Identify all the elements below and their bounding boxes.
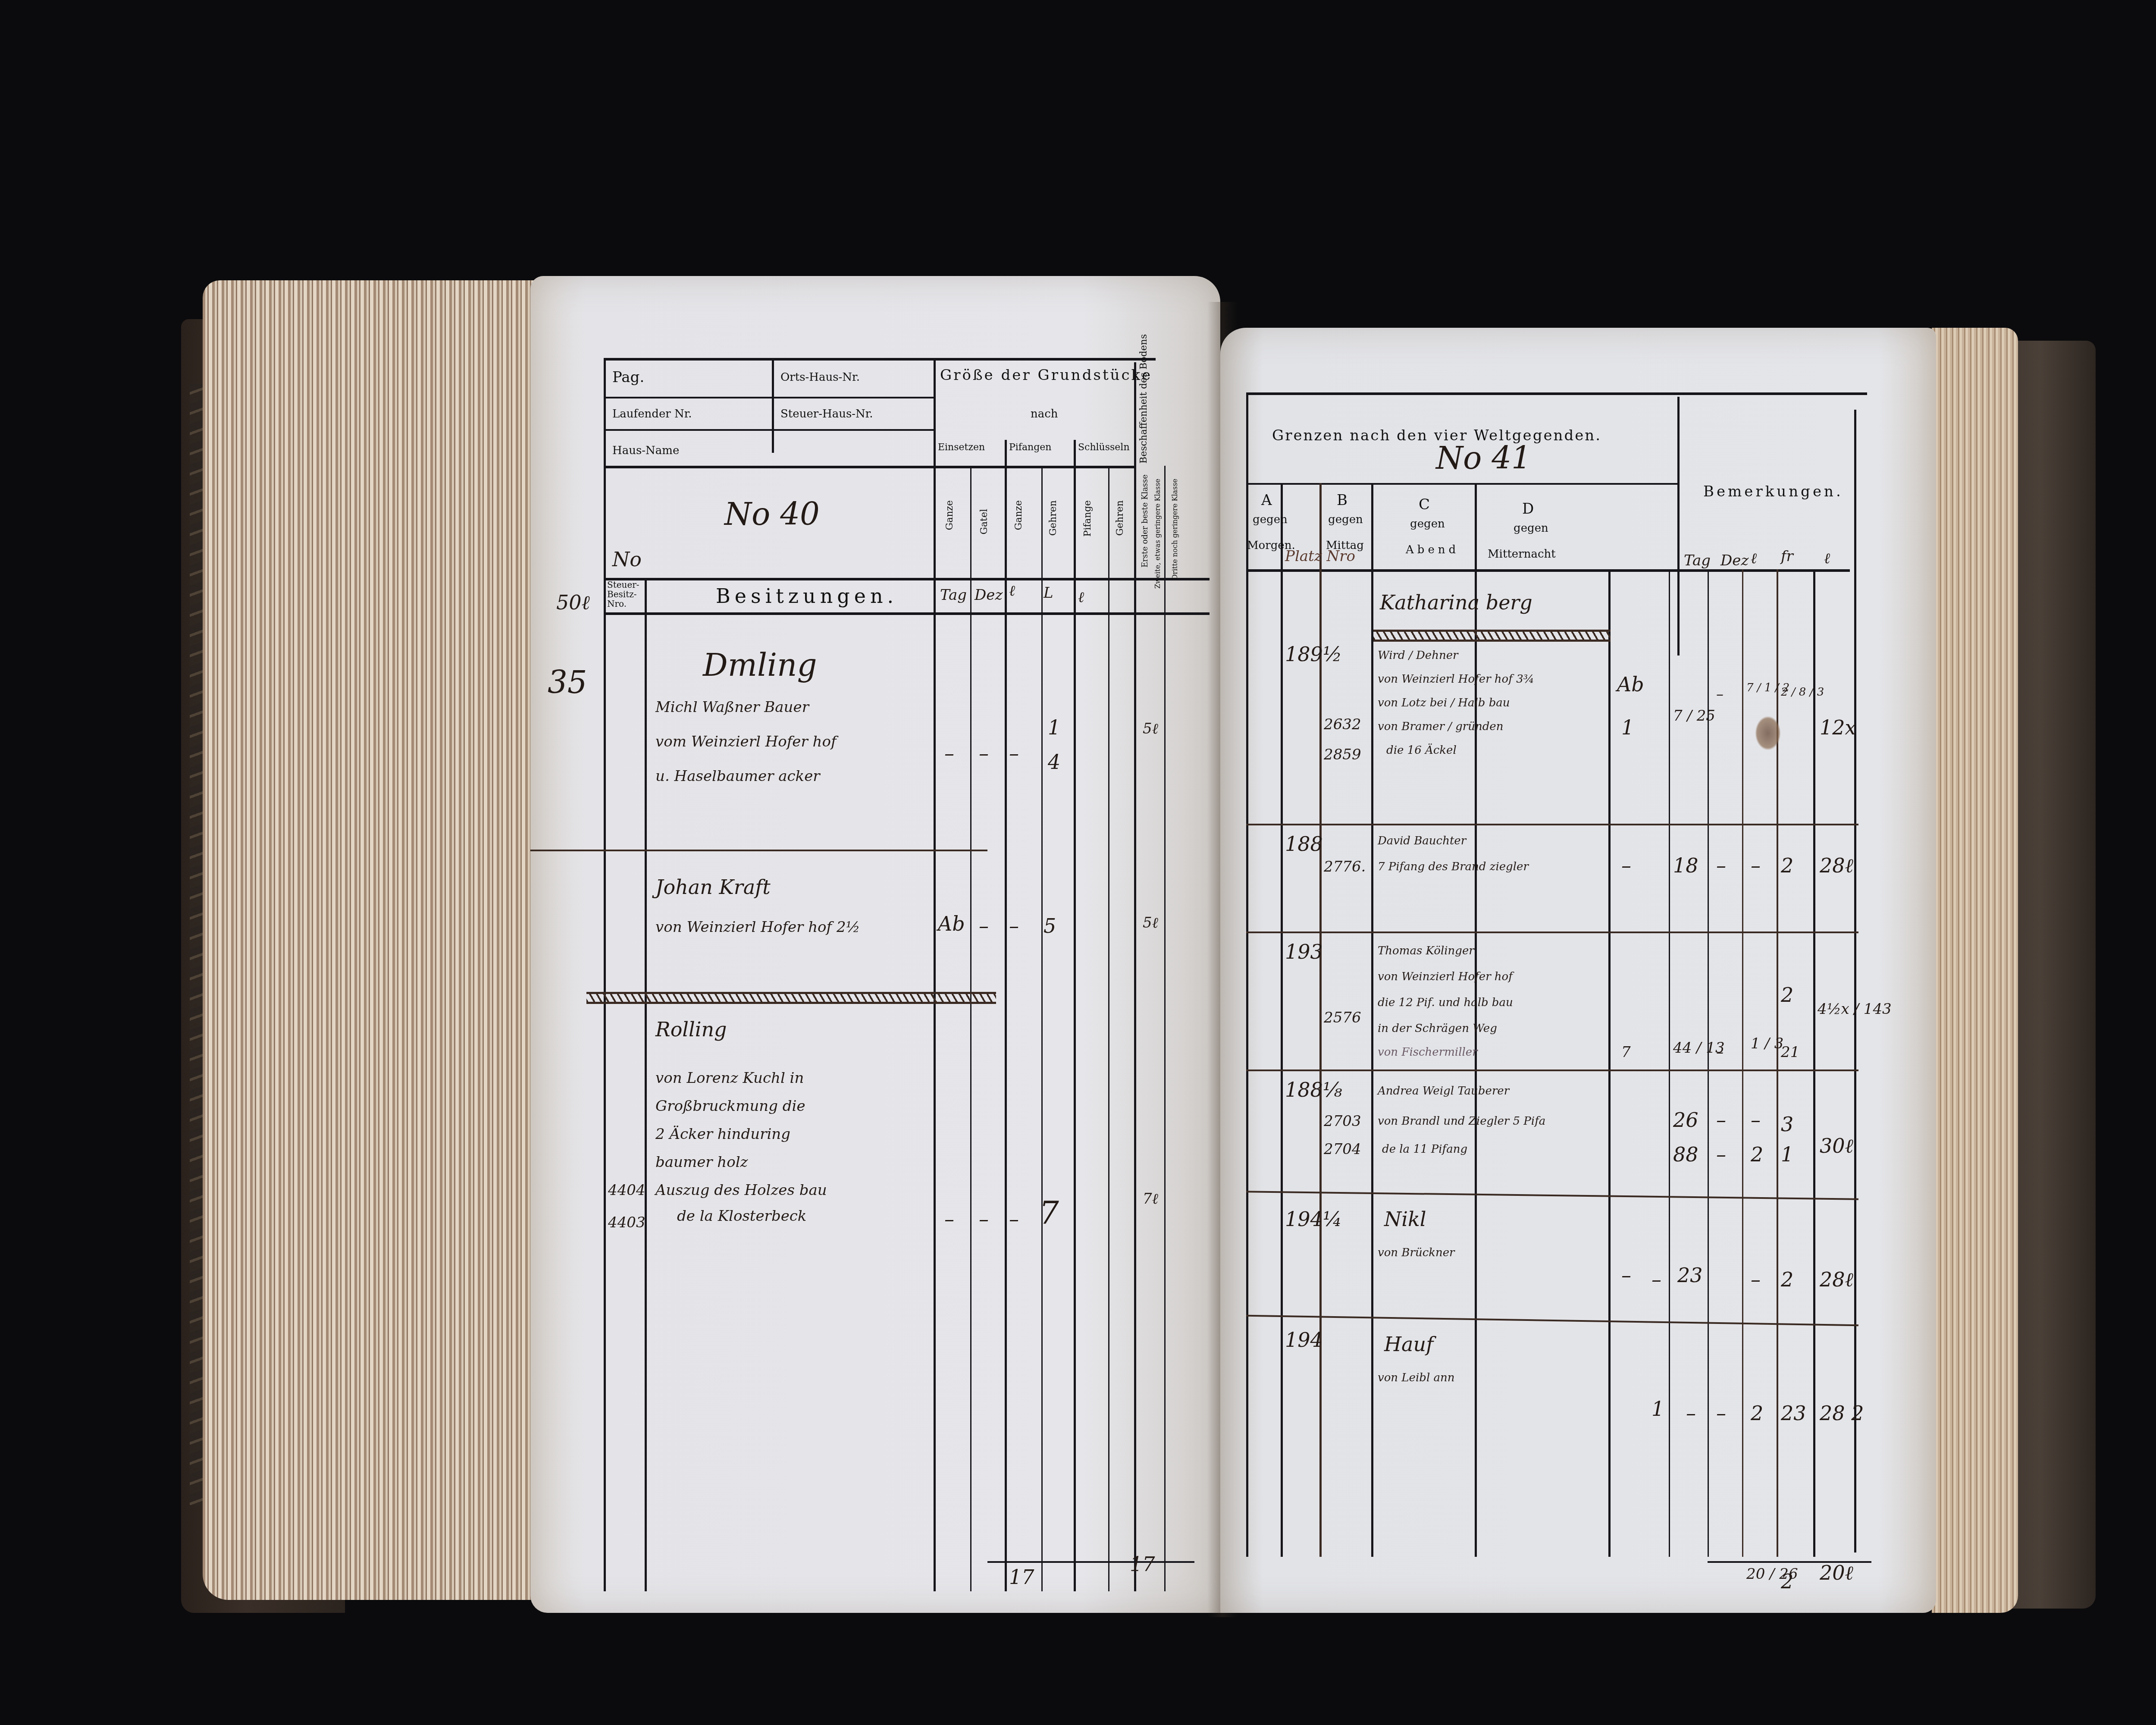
right-page: Grenzen nach den vier Weltgegenden. No 4…	[1220, 328, 1936, 1613]
boden-left-rule	[1134, 362, 1136, 1591]
col-rule	[1742, 569, 1743, 1557]
sub-col-gehren-2: Gehren	[1115, 500, 1125, 536]
entry-line: de la Klosterbeck	[677, 1207, 806, 1225]
col-rule	[1281, 483, 1283, 1557]
boden-value: 5ℓ	[1143, 914, 1158, 931]
entry-value: –	[1651, 1268, 1661, 1291]
col-dir: gegen	[1328, 513, 1363, 526]
entry-line: Thomas Kölinger	[1378, 944, 1474, 957]
boden-col-rule	[1164, 466, 1166, 1591]
entry-line: von Bramer / gründen	[1378, 720, 1503, 733]
entry-value: 3	[1781, 1113, 1793, 1136]
entry-line: von Leibl ann	[1378, 1371, 1455, 1384]
nach-label: nach	[1031, 408, 1058, 420]
entry-value: 7 / 25	[1673, 707, 1715, 724]
parcel-number: 2632	[1324, 716, 1361, 733]
entry-value: –	[1716, 1402, 1726, 1425]
house-number-41: No 41	[1436, 440, 1531, 476]
col-dir: gegen	[1514, 522, 1548, 535]
frame-left-rule	[604, 358, 606, 1591]
parcel-number: 2576	[1324, 1009, 1361, 1026]
entry-value: 1	[1781, 1143, 1793, 1166]
col-name: Mitternacht	[1488, 548, 1556, 561]
entry-line: von Weinzierl Hofer hof 2½	[655, 919, 860, 936]
house-number-40: No 40	[724, 496, 820, 532]
entry-line: die 16 Äckel	[1386, 744, 1457, 757]
mittag-overwrite: Platz Nro	[1285, 548, 1355, 565]
entry-header-name: Katharina berg	[1380, 591, 1532, 614]
entry-title: Dmling	[703, 647, 817, 683]
entry-value: 2	[1781, 1268, 1793, 1291]
schluesseln-label: Schlüsseln	[1078, 442, 1130, 453]
header-divider	[772, 358, 774, 453]
entry-line: David Bauchter	[1378, 834, 1466, 847]
entry-separator	[1246, 1191, 1858, 1200]
col-letter: C	[1419, 496, 1430, 513]
sub-col-rule	[1108, 466, 1109, 1591]
entry-line: von Lotz bei / Halb bau	[1378, 696, 1510, 709]
entry-line: Auszug des Holzes bau	[655, 1182, 827, 1199]
entry-line: Michl Waßner Bauer	[655, 699, 809, 716]
entry-value: 2	[1781, 854, 1793, 877]
entry-value: 5	[1044, 914, 1056, 938]
unit-tag: Tag	[1684, 552, 1711, 569]
total-value: 17	[1130, 1552, 1155, 1576]
total-value: 2	[1781, 1570, 1793, 1593]
entry-value: –	[1009, 742, 1019, 765]
hatched-separator	[1373, 630, 1611, 642]
entry-line: von Brückner	[1378, 1246, 1455, 1259]
entry-line: Wird / Dehner	[1378, 649, 1458, 662]
entry-value: 1	[1651, 1397, 1664, 1421]
entry-value: –	[1751, 1268, 1761, 1291]
haus-name-label: Haus-Name	[612, 444, 679, 457]
sub-col-rule	[1074, 440, 1076, 1591]
beschaffenheit-title: Beschaffenheit des Bodens	[1138, 369, 1149, 464]
sub-col-pifange: Pifange	[1082, 500, 1093, 536]
frame-right-rule	[1854, 410, 1856, 1552]
entry-line: Andrea Weigl Tauberer	[1378, 1085, 1509, 1098]
unit-dez: Dez	[975, 586, 1003, 604]
entry-value: –	[944, 742, 954, 765]
sub-col-rule	[970, 466, 971, 1591]
col-dir: gegen	[1410, 517, 1445, 530]
parcel-number: 2704	[1324, 1141, 1361, 1158]
col-letter: A	[1261, 492, 1272, 509]
left-page: Pag. Orts-Haus-Nr. Laufender Nr. Steuer-…	[530, 276, 1220, 1613]
pag-label: Pag.	[612, 369, 644, 386]
remark: 28ℓ	[1820, 1268, 1853, 1291]
entry-line: in der Schrägen Weg	[1378, 1022, 1497, 1035]
steuer-nro-rule	[645, 578, 647, 1591]
col-rule	[1669, 569, 1670, 1557]
sub-col-ganze: Ganze	[944, 500, 955, 530]
columns-bottom-rule	[1246, 569, 1850, 572]
row-number: 188⅟₈	[1285, 1078, 1342, 1101]
bemerkungen-label: Bemerkungen.	[1703, 483, 1843, 500]
entry-line: de la 11 Pifang	[1382, 1143, 1467, 1156]
margin-row-number: 35	[548, 664, 587, 700]
entry-value: –	[979, 1207, 989, 1231]
entry-line: von Brandl und Ziegler 5 Pifa	[1378, 1115, 1545, 1128]
col-rule	[1813, 569, 1815, 1557]
entry-value: –	[944, 1207, 954, 1231]
entry-value: Ab	[1617, 673, 1644, 696]
header-row-rule	[606, 429, 934, 431]
boden-class-1: Erste oder beste Klasse	[1141, 474, 1150, 568]
unit-mark: ℓ	[1751, 550, 1757, 567]
margin-top-note: 50ℓ	[556, 591, 590, 614]
entry-line: von Weinzierl Hofer hof	[1378, 970, 1513, 983]
besitzungen-bottom-rule	[606, 612, 1210, 615]
boden-value: 5ℓ	[1143, 720, 1158, 737]
entry-value: 2	[1751, 1143, 1763, 1166]
entry-value: 1	[1621, 716, 1634, 739]
col-rule-c	[1371, 483, 1373, 1557]
unit-tag: Tag	[940, 586, 967, 604]
col-name: Abend	[1406, 543, 1459, 556]
header-row-rule	[606, 397, 934, 398]
col-rule-d	[1475, 483, 1477, 1557]
besitzungen-label: Besitzungen.	[716, 584, 898, 608]
entry-title: Johan Kraft	[655, 875, 771, 899]
hatched-separator	[586, 992, 996, 1004]
grenzen-rule	[1246, 483, 1677, 485]
col-letter: B	[1337, 492, 1347, 509]
parcel-number: 4404	[608, 1182, 646, 1199]
ink-stain	[1755, 716, 1781, 750]
row-number: 194	[1285, 1328, 1323, 1352]
row-number: 194¼	[1285, 1207, 1342, 1231]
entry-value: 23	[1781, 1402, 1806, 1425]
pifangen-label: Pifangen	[1009, 442, 1052, 453]
entry-value: 26	[1673, 1108, 1698, 1132]
row-number: 193	[1285, 940, 1323, 963]
einsetzen-label: Einsetzen	[938, 442, 985, 453]
entry-separator	[1246, 1315, 1858, 1326]
entry-line: vom Weinzierl Hofer hof	[655, 733, 836, 750]
entry-value: 88	[1673, 1143, 1698, 1166]
entry-value: –	[1009, 1207, 1019, 1231]
page-edges-left	[203, 280, 543, 1600]
entry-value: 2	[1781, 983, 1793, 1007]
remark: 4½x / 143	[1818, 1000, 1892, 1018]
page-edges-right	[1932, 328, 2018, 1613]
unit-mark: ℓ	[1009, 582, 1015, 599]
entry-value: –	[1621, 1264, 1631, 1287]
entry-title: Rolling	[655, 1018, 727, 1041]
entry-value: 23	[1677, 1264, 1703, 1287]
entry-separator	[1246, 931, 1858, 933]
remark: 30ℓ	[1820, 1134, 1853, 1157]
remark: 28 2	[1820, 1402, 1864, 1425]
sub-col-rule	[1005, 440, 1007, 1591]
entry-line: baumer holz	[655, 1154, 748, 1171]
entry-value: 1	[1048, 716, 1060, 739]
entry-value: –	[979, 742, 989, 765]
unit-mark: ℓ	[1078, 589, 1084, 606]
entry-line: u. Haselbaumer acker	[655, 768, 820, 785]
bemerkungen-left-rule	[1677, 397, 1680, 655]
entry-line: die 12 Pif. und halb bau	[1378, 996, 1513, 1009]
entry-value: 18	[1673, 854, 1698, 877]
entry-value: –	[979, 914, 989, 938]
entry-value: 1 / 3	[1751, 1035, 1783, 1052]
parcel-number: 4403	[608, 1214, 646, 1231]
entry-value: –	[1716, 1143, 1726, 1166]
remark: 12x	[1820, 716, 1856, 739]
boden-class-2: Zweite, etwas geringere Klasse	[1153, 479, 1162, 589]
entry-value: 21	[1781, 1044, 1799, 1061]
sub-col-gatel: Gatel	[979, 509, 990, 535]
laufender-nr-label: Laufender Nr.	[612, 408, 692, 420]
header-margin-note: No	[612, 548, 642, 571]
boden-class-3: Dritte noch geringere Klasse	[1171, 479, 1179, 580]
entry-value: 4	[1048, 750, 1060, 774]
entry-separator	[530, 850, 987, 851]
col-rule	[1777, 569, 1778, 1557]
steuer-besitz-nro-label: Steuer-Besitz-Nro.	[607, 580, 642, 608]
groesse-title: Größe der Grundstücke	[940, 367, 1152, 384]
entry-value: Ab	[938, 912, 965, 935]
entry-separator	[1246, 1069, 1858, 1071]
remark: 28ℓ	[1820, 854, 1853, 877]
entry-line: 2 Äcker hinduring	[655, 1126, 790, 1143]
boden-value: 7ℓ	[1143, 1190, 1158, 1207]
sub-col-ganze-2: Ganze	[1013, 500, 1024, 530]
total-value: 17	[1009, 1565, 1034, 1589]
steuer-haus-nr-label: Steuer-Haus-Nr.	[780, 408, 873, 420]
header-top-rule	[604, 358, 1156, 361]
unit-mark: fr	[1781, 548, 1793, 565]
entry-value: –	[1716, 686, 1724, 703]
total-value: 20ℓ	[1820, 1561, 1853, 1584]
parcel-number: 2859	[1324, 746, 1361, 763]
row-number: 189½	[1285, 643, 1342, 666]
header-row-rule	[606, 466, 1136, 468]
entry-value: –	[1716, 1108, 1726, 1132]
col-rule	[1608, 569, 1611, 1557]
entry-value: –	[1751, 1108, 1761, 1132]
entry-line: Großbruckmung die	[655, 1098, 805, 1115]
entry-line: Hauf	[1384, 1333, 1433, 1356]
entry-value: –	[1751, 854, 1761, 877]
parcel-number: 2776.	[1324, 858, 1366, 875]
unit-mark: ℓ	[1824, 550, 1830, 567]
entry-value: 7	[1039, 1195, 1059, 1231]
entry-value: 2	[1751, 1402, 1763, 1425]
header-top-rule	[1246, 392, 1867, 395]
row-number: 188	[1285, 832, 1323, 856]
entry-value: –	[1686, 1402, 1696, 1425]
col-dir: gegen	[1253, 513, 1288, 526]
besitzungen-top-rule	[606, 578, 1210, 580]
unit-mark: L	[1044, 584, 1053, 602]
entry-value: –	[1716, 854, 1726, 877]
frame-left-rule	[1246, 392, 1248, 1557]
entry-value: –	[1009, 914, 1019, 938]
sub-col-gehren: Gehren	[1048, 500, 1059, 536]
entry-separator	[1246, 824, 1858, 825]
totals-rule	[987, 1561, 1194, 1563]
sub-col-rule	[1041, 466, 1043, 1591]
entry-value: 2 / 8 / 3	[1781, 686, 1824, 699]
groesse-left-rule	[934, 358, 936, 1591]
entry-line: Nikl	[1384, 1207, 1426, 1231]
entry-line: von Fischermiller	[1378, 1046, 1478, 1059]
parcel-number: 2703	[1324, 1113, 1361, 1130]
entry-line: von Lorenz Kuchl in	[655, 1069, 804, 1087]
col-letter: D	[1522, 500, 1534, 517]
entry-value: –	[1621, 854, 1631, 877]
entry-value: –	[1716, 1044, 1724, 1061]
entry-line: von Weinzierl Hofer hof 3¾	[1378, 673, 1534, 686]
orts-haus-nr-label: Orts-Haus-Nr.	[780, 371, 860, 384]
unit-dez: Dez	[1720, 552, 1749, 569]
entry-value: 7	[1621, 1044, 1631, 1061]
entry-line: 7 Pifang des Brand ziegler	[1378, 860, 1529, 873]
